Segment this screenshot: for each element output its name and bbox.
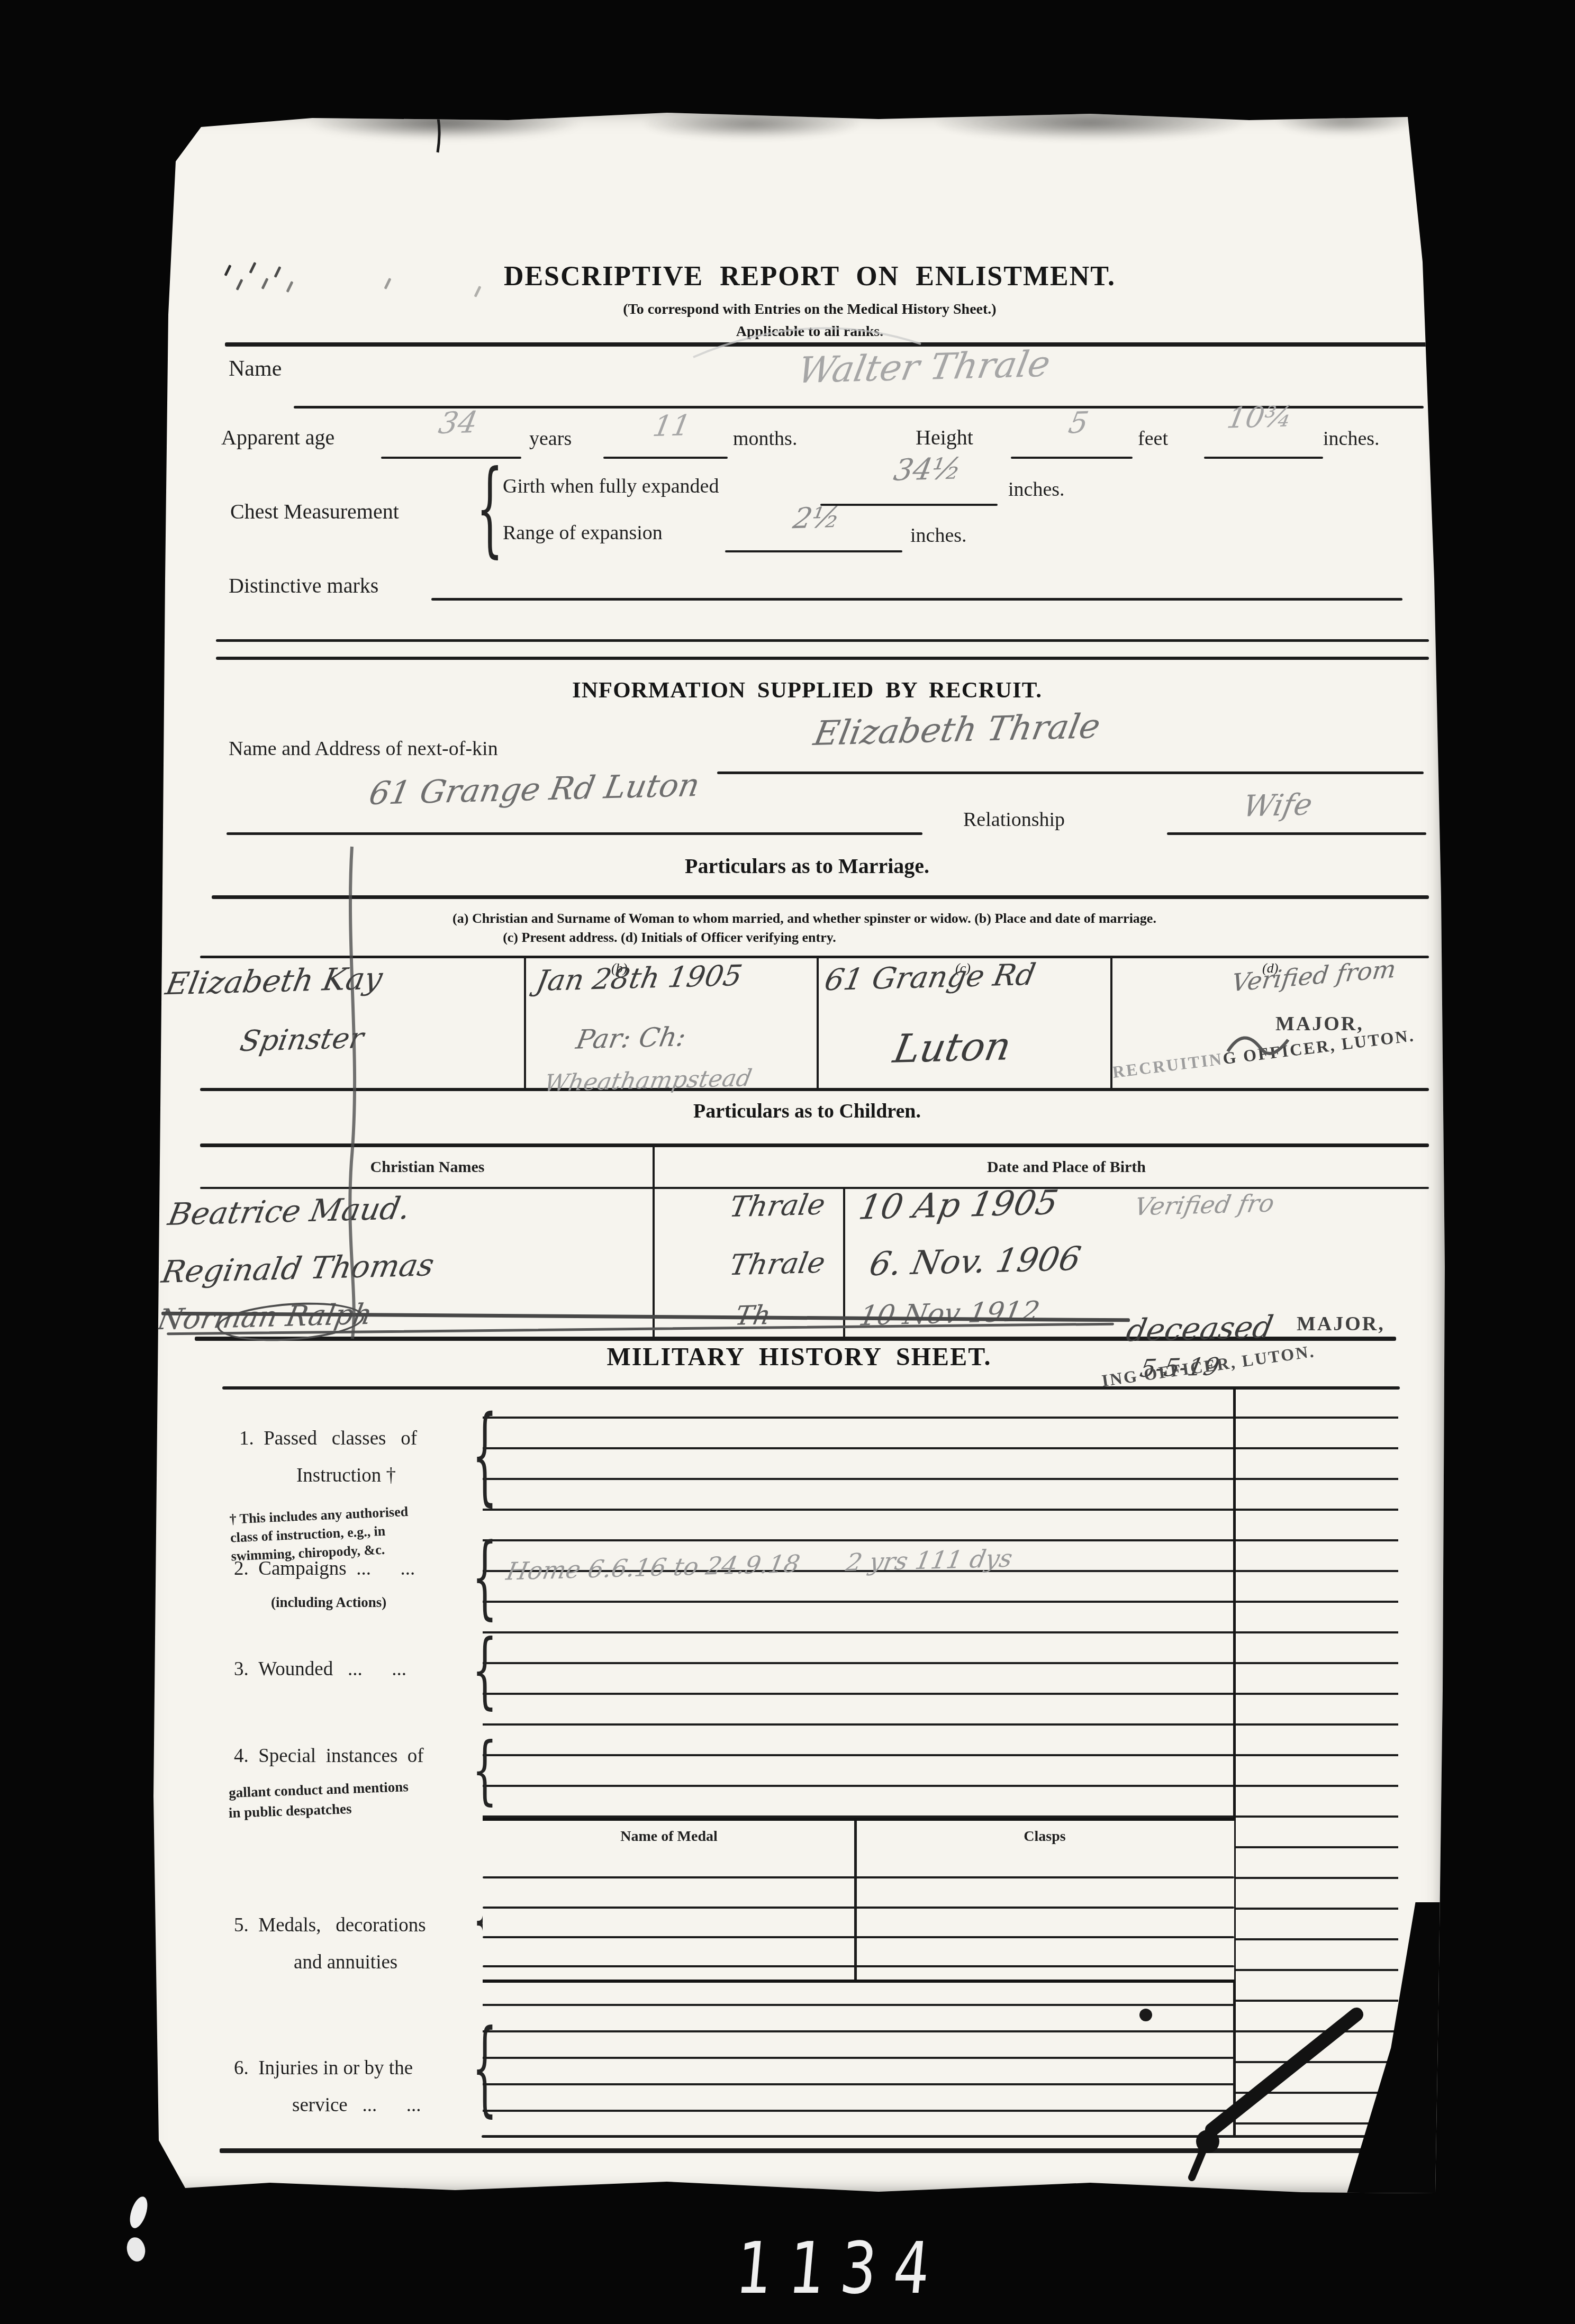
item5-label-2: and annuities [294, 1951, 397, 1974]
months-label: months. [733, 427, 797, 450]
height-feet-underline [1011, 457, 1133, 459]
item2-label-2: (including Actions) [271, 1594, 386, 1611]
children-heading: Particulars as to Children. [138, 1100, 1445, 1123]
film-speck [126, 2194, 151, 2230]
next-of-kin-address-handwriting: 61 Grange Rd Luton [366, 767, 703, 812]
item1-label-2: Instruction † [296, 1464, 396, 1487]
marriage-date-handwriting: Jan 28th 1905 [533, 959, 745, 997]
form-title: DESCRIPTIVE REPORT ON ENLISTMENT. [138, 261, 1445, 292]
marriage-top-rule [212, 895, 1429, 899]
item1-footnote: † This includes any authorised class of … [229, 1499, 485, 1566]
next-of-kin-label: Name and Address of next-of-kin [229, 737, 498, 760]
diagonal-ink-tail [1192, 2152, 1202, 2177]
form-subtitle: (To correspond with Entries on the Medic… [138, 301, 1445, 318]
children-col-birth-header: Date and Place of Birth [847, 1158, 1286, 1176]
child-row-1-names: Beatrice Maud. [165, 1190, 413, 1232]
girth-underline [820, 504, 998, 506]
medal-clasps-header: Clasps [855, 1828, 1234, 1845]
child-row-2-surname: Thrale [727, 1246, 828, 1282]
marriage-woman-status-handwriting: Spinster [238, 1021, 367, 1058]
apparent-age-label: Apparent age [221, 425, 334, 450]
marriage-table-bottom [200, 1088, 1429, 1091]
medal-name-header: Name of Medal [483, 1828, 855, 1845]
medal-table-divider [854, 1821, 857, 1980]
ruled-lines-lower [483, 1980, 1234, 2137]
marriage-stamp-officer: RECRUITING OFFICER, LUTON. [1111, 1025, 1416, 1082]
blank-line [216, 639, 1429, 642]
height-inches-underline [1204, 457, 1323, 459]
medal-row-line [483, 1965, 1234, 1967]
marriage-note-2: (c) Present address. (d) Initials of Off… [138, 930, 1445, 946]
medal-row-line [483, 1876, 1234, 1878]
edge-smudge [640, 110, 863, 139]
marriage-woman-name-handwriting: Elizabeth Kay [163, 960, 386, 1002]
chest-measurement-label: Chest Measurement [230, 499, 399, 524]
child-row-1-birth: 10 Ap 1905 [856, 1183, 1061, 1228]
form-bottom-rule [220, 2148, 1402, 2153]
marriage-col-divider [817, 956, 819, 1089]
height-label: Height [916, 425, 973, 450]
item3-label: 3. Wounded ... ... [234, 1658, 406, 1681]
next-of-kin-name-handwriting: Elizabeth Thrale [811, 707, 1103, 754]
marks-underline [431, 598, 1402, 601]
edge-smudge [1275, 108, 1413, 135]
range-value-handwriting: 2½ [791, 501, 843, 535]
children-col-names-header: Christian Names [201, 1158, 654, 1176]
feet-label: feet [1138, 427, 1168, 450]
next-of-kin-underline [717, 771, 1424, 774]
film-speck [125, 2236, 148, 2263]
marriage-table-top [200, 956, 1429, 958]
age-years-handwriting: 34 [436, 405, 481, 441]
item6-label-2: service ... ... [292, 2094, 421, 2117]
range-unit-label: inches. [910, 524, 967, 547]
name-value-handwriting: Walter Thrale [794, 343, 1053, 392]
item4-label-3: in public despatches [229, 1801, 352, 1821]
name-label: Name [229, 356, 282, 382]
top-rule [225, 342, 1429, 347]
medal-row-line [483, 1936, 1234, 1938]
address-underline [227, 832, 922, 835]
item4-label: 4. Special instances of [234, 1745, 424, 1767]
girth-unit-label: inches. [1008, 478, 1065, 501]
child-row-1-note: Verified fro [1132, 1189, 1277, 1221]
item3-brace: { [472, 1630, 497, 1712]
marriage-note-1: (a) Christian and Surname of Woman to wh… [138, 911, 1445, 927]
edge-smudge [931, 106, 1249, 140]
item2-brace: { [472, 1532, 497, 1622]
children-stamp-major: MAJOR, [1297, 1312, 1385, 1336]
marriage-place-handwriting: Par: Ch: [574, 1021, 689, 1055]
girth-label: Girth when fully expanded [503, 475, 719, 498]
age-months-underline [603, 457, 728, 459]
frame-number: 1134 [732, 2227, 949, 2310]
ruled-lines-upper [483, 1388, 1234, 1818]
item5-label: 5. Medals, decorations [234, 1914, 426, 1937]
distinctive-marks-label: Distinctive marks [229, 573, 378, 598]
height-feet-handwriting: 5 [1066, 406, 1091, 441]
marriage-address2-handwriting: Luton [890, 1023, 1015, 1072]
military-heading: MILITARY HISTORY SHEET. [138, 1342, 1445, 1372]
stamp-faded-part: RECRUITIN [1111, 1049, 1224, 1082]
marriage-place2-handwriting: Wheathampstead [542, 1065, 754, 1097]
military-table-bottom [482, 2135, 1399, 2138]
medal-row-line [483, 1907, 1234, 1909]
marriage-heading: Particulars as to Marriage. [138, 854, 1445, 878]
girth-value-handwriting: 34½ [891, 451, 964, 487]
inches-label: inches. [1323, 427, 1380, 450]
blank-line [216, 657, 1429, 660]
item1-label: 1. Passed classes of [239, 1427, 417, 1450]
children-header-divider [653, 1143, 655, 1188]
edge-smudge [307, 107, 582, 139]
item6-label: 6. Injuries in or by the [234, 2057, 413, 2080]
marriage-col-divider [524, 956, 526, 1089]
ruled-lines-right-column [1236, 1388, 1398, 2135]
item4-label-2: gallant conduct and mentions [229, 1778, 409, 1801]
item1-brace: { [472, 1402, 497, 1508]
age-months-handwriting: 11 [650, 408, 693, 443]
relationship-label: Relationship [963, 808, 1065, 831]
height-inches-handwriting: 10¾ [1225, 400, 1295, 434]
marriage-verified-handwriting: Verified from [1230, 955, 1397, 997]
marriage-address-handwriting: 61 Grange Rd [822, 958, 1038, 997]
range-label: Range of expansion [503, 521, 663, 544]
marriage-stamp-major: MAJOR, [1275, 1012, 1364, 1036]
children-table-top [200, 1143, 1429, 1147]
child-row-2-birth: 6. Nov. 1906 [866, 1239, 1084, 1283]
chest-brace: { [476, 457, 503, 560]
medal-table: Name of Medal Clasps [483, 1818, 1234, 1983]
enlistment-form-page: DESCRIPTIVE REPORT ON ENLISTMENT. (To co… [138, 103, 1445, 2193]
child-row-1-surname: Thrale [727, 1188, 828, 1224]
relationship-underline [1167, 832, 1426, 835]
item4-brace: { [472, 1733, 497, 1807]
form-subtitle-2: Applicable to all ranks. [138, 323, 1445, 340]
item2-label: 2. Campaigns ... ... [234, 1557, 415, 1580]
years-label: years [529, 427, 572, 450]
recruit-info-heading: INFORMATION SUPPLIED BY RECRUIT. [138, 677, 1445, 703]
relationship-value-handwriting: Wife [1241, 787, 1315, 823]
child-row-2-names: Reginald Thomas [159, 1247, 437, 1290]
range-underline [725, 550, 902, 552]
